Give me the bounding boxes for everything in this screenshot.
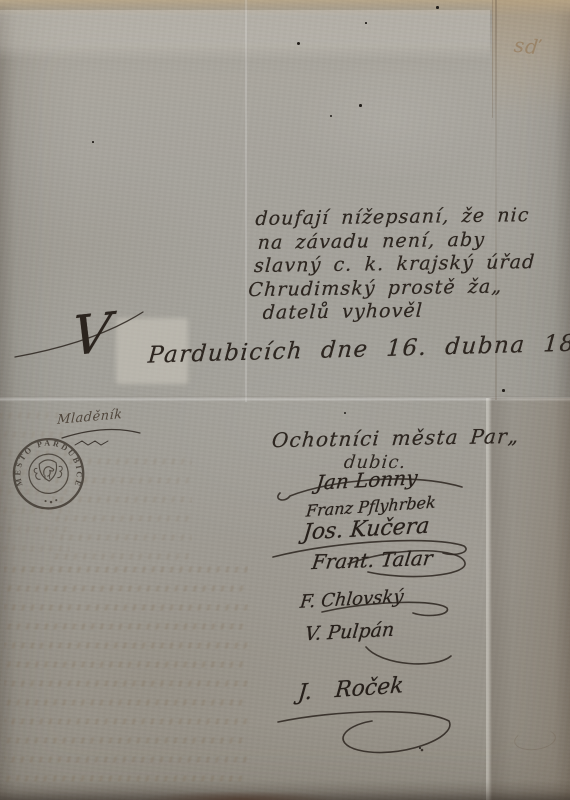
ink-speck xyxy=(436,6,439,9)
body-line: datelů vyhověl xyxy=(262,298,537,325)
signature-flourishes xyxy=(250,460,500,780)
stamp-bottom-ornament xyxy=(44,499,57,504)
body-line: slavný c. k. krajský úřad xyxy=(253,251,536,278)
bleed-through-text xyxy=(4,556,248,792)
ink-speck xyxy=(359,104,362,107)
stamp-coat-of-arms xyxy=(33,459,63,483)
ink-speck xyxy=(344,412,346,414)
horizontal-fold-crease xyxy=(0,396,570,402)
signature-block-heading: Ochotníci města Par„ xyxy=(271,424,521,452)
ink-speck xyxy=(92,141,94,143)
document-photo: MĚSTO PARDUBICE Mladěník doufají nížepsa… xyxy=(0,0,570,800)
ink-speck xyxy=(502,389,505,392)
ink-speck xyxy=(365,22,367,24)
margin-note-flourish xyxy=(55,425,155,455)
dateline-initial: V xyxy=(70,301,113,369)
ink-speck xyxy=(330,115,332,117)
body-paragraph: doufají nížepsaní, že nic na závadu není… xyxy=(255,204,536,325)
corner-archival-mark: sď xyxy=(513,33,540,59)
body-line: doufají nížepsaní, že nic xyxy=(255,204,536,231)
ink-speck xyxy=(297,42,300,45)
bottom-edge-shadow xyxy=(0,780,570,800)
